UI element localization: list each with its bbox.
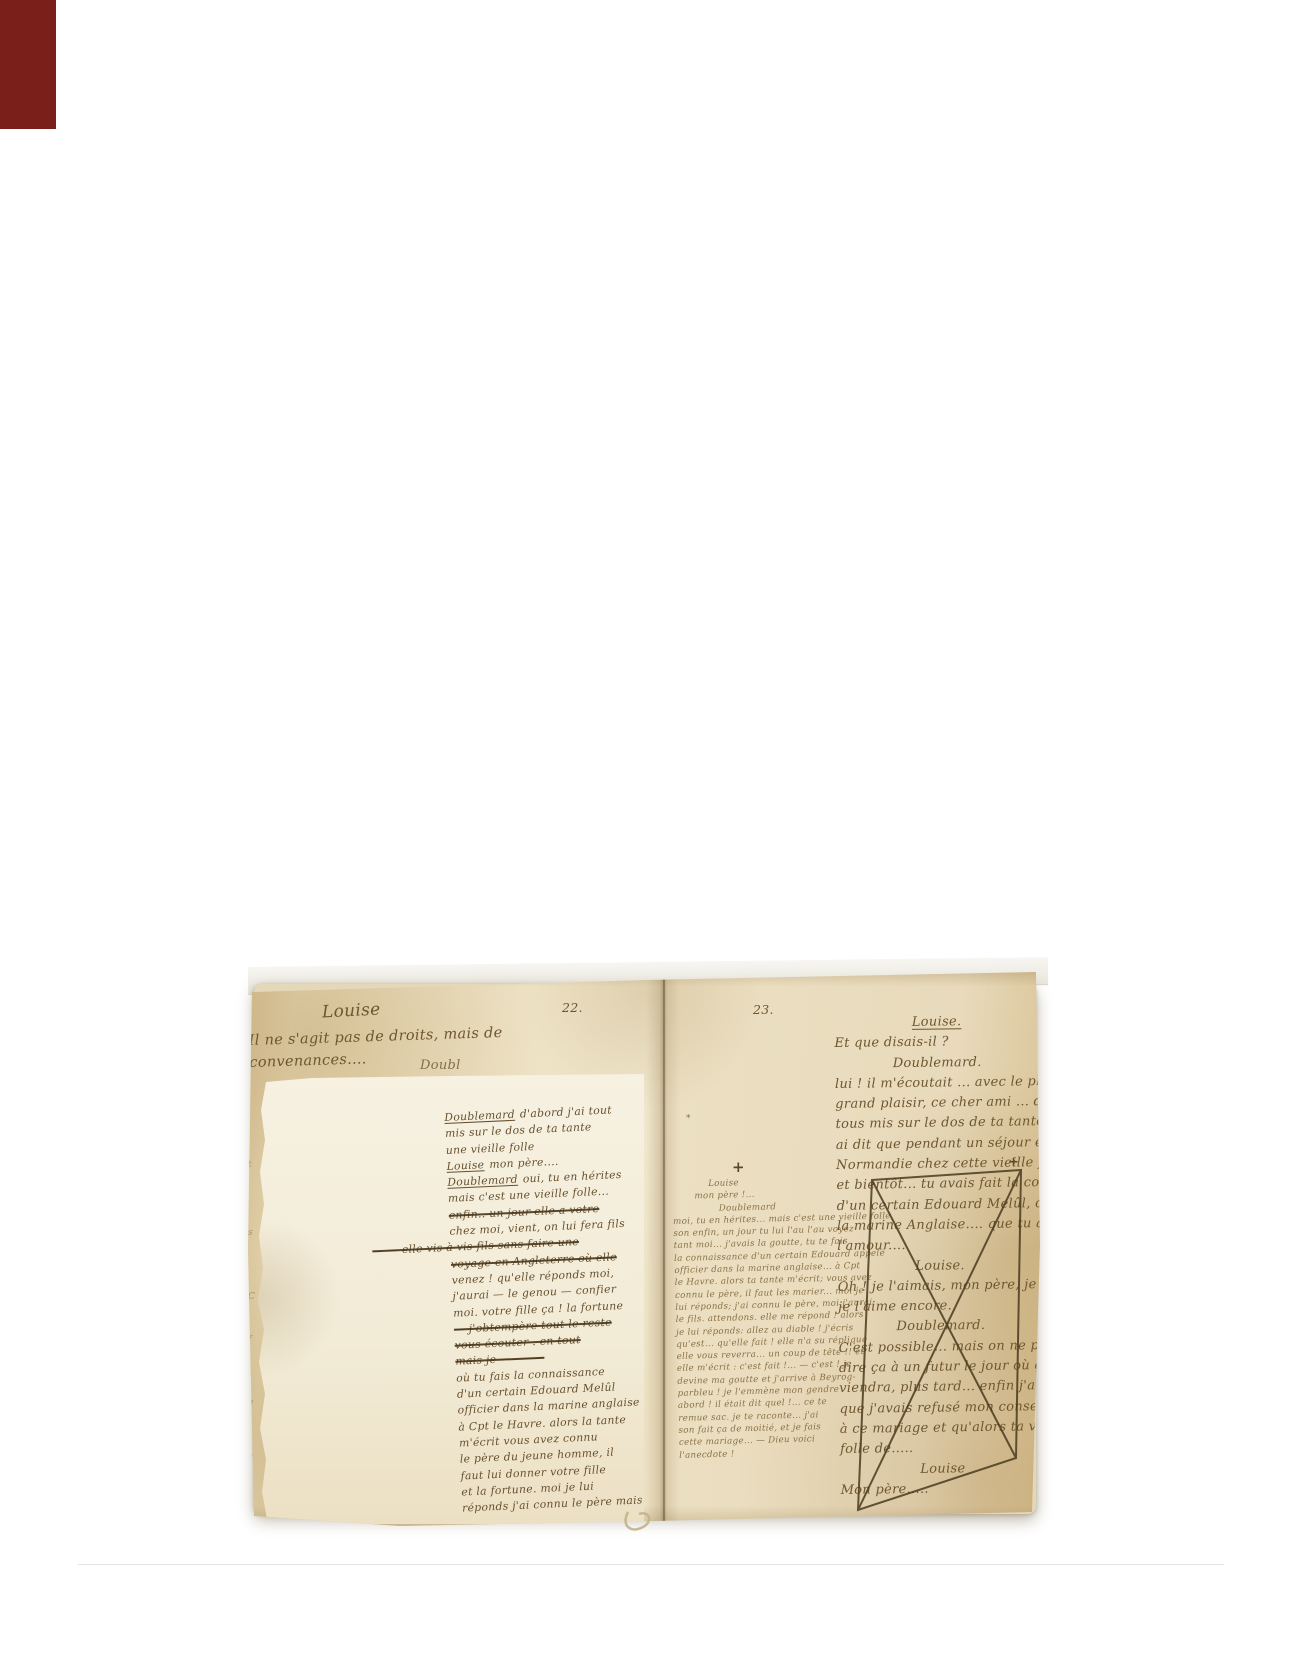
red-corner-bar: [0, 0, 56, 129]
manuscript-line: dire ça à un futur le jour où ça: [839, 1356, 1044, 1379]
manuscript-book-spread: Louise Il ne s'agit pas de droits, mais …: [0, 0, 1301, 1672]
plus-mark: +: [732, 1158, 745, 1176]
manuscript-line: C'est possible... mais on ne peut pas: [839, 1336, 1044, 1359]
left-page-number: 22.: [562, 1000, 583, 1015]
asterisk-mark: *: [686, 1114, 691, 1124]
manuscript-line: Louise: [840, 1458, 1045, 1481]
manuscript-line: Oh ! je l'aimais, mon père, je crois que: [838, 1275, 1043, 1298]
left-margin-fragment: C: [248, 1292, 255, 1302]
manuscript-line: Normandie chez cette vieille folle ...: [836, 1153, 1041, 1176]
manuscript-line: Mon père.....: [841, 1478, 1046, 1501]
left-margin-fragment: s: [248, 1228, 253, 1238]
manuscript-line: que j'avais refusé mon consentement: [839, 1397, 1044, 1420]
footer-hairline: [78, 1564, 1224, 1565]
manuscript-line: à ce mariage et qu'alors ta vieille: [840, 1417, 1045, 1440]
left-margin-fragment: e: [248, 1398, 253, 1408]
left-margin-fragment: t: [248, 1160, 252, 1170]
left-margin-fragment: y: [248, 1452, 253, 1462]
manuscript-line: Doublemard.: [838, 1316, 1043, 1339]
left-page-header: Louise: [322, 999, 381, 1022]
manuscript-line: grand plaisir, ce cher ami ... d'abord j…: [835, 1092, 1040, 1115]
manuscript-line: tous mis sur le dos de ta tante, je lui: [835, 1113, 1040, 1136]
manuscript-line: Louise.: [837, 1255, 1042, 1278]
manuscript-line: d'un certain Edouard Melûl, officier dan…: [837, 1194, 1042, 1217]
manuscript-line: et bientôt... tu avais fait la connaissa…: [836, 1173, 1041, 1196]
right-page-main-text: Louise.Et que disais-il ?Doublemard.lui …: [834, 1011, 1046, 1501]
insert-sheet-text: Doublemardd'abord j'ai toutmis sur le do…: [444, 1101, 660, 1517]
manuscript-line: viendra, plus tard... enfin j'ai ajouté: [839, 1376, 1044, 1399]
left-margin-fragment: f: [248, 1335, 251, 1345]
manuscript-line: je l'aime encore.: [838, 1295, 1043, 1318]
manuscript-line: folle de.....: [840, 1437, 1045, 1460]
manuscript-line: Et que disais-il ?: [834, 1031, 1039, 1054]
book-gutter-crease: [663, 974, 665, 1522]
manuscript-line: l'amour....: [837, 1234, 1042, 1257]
manuscript-line: Louise.: [834, 1011, 1039, 1034]
left-page-hidden-line-fragment: Doubl: [420, 1058, 461, 1073]
manuscript-line: ai dit que pendant un séjour en: [836, 1133, 1041, 1156]
manuscript-line: la marine Anglaise.... que tu avais vu: [837, 1214, 1042, 1237]
manuscript-line: lui ! il m'écoutait ... avec le plus: [835, 1072, 1040, 1095]
manuscript-line: Doublemard.: [835, 1052, 1040, 1075]
left-page-note: Il ne s'agit pas de droits, mais de conv…: [248, 1022, 503, 1074]
right-page-number: 23.: [753, 1002, 774, 1017]
